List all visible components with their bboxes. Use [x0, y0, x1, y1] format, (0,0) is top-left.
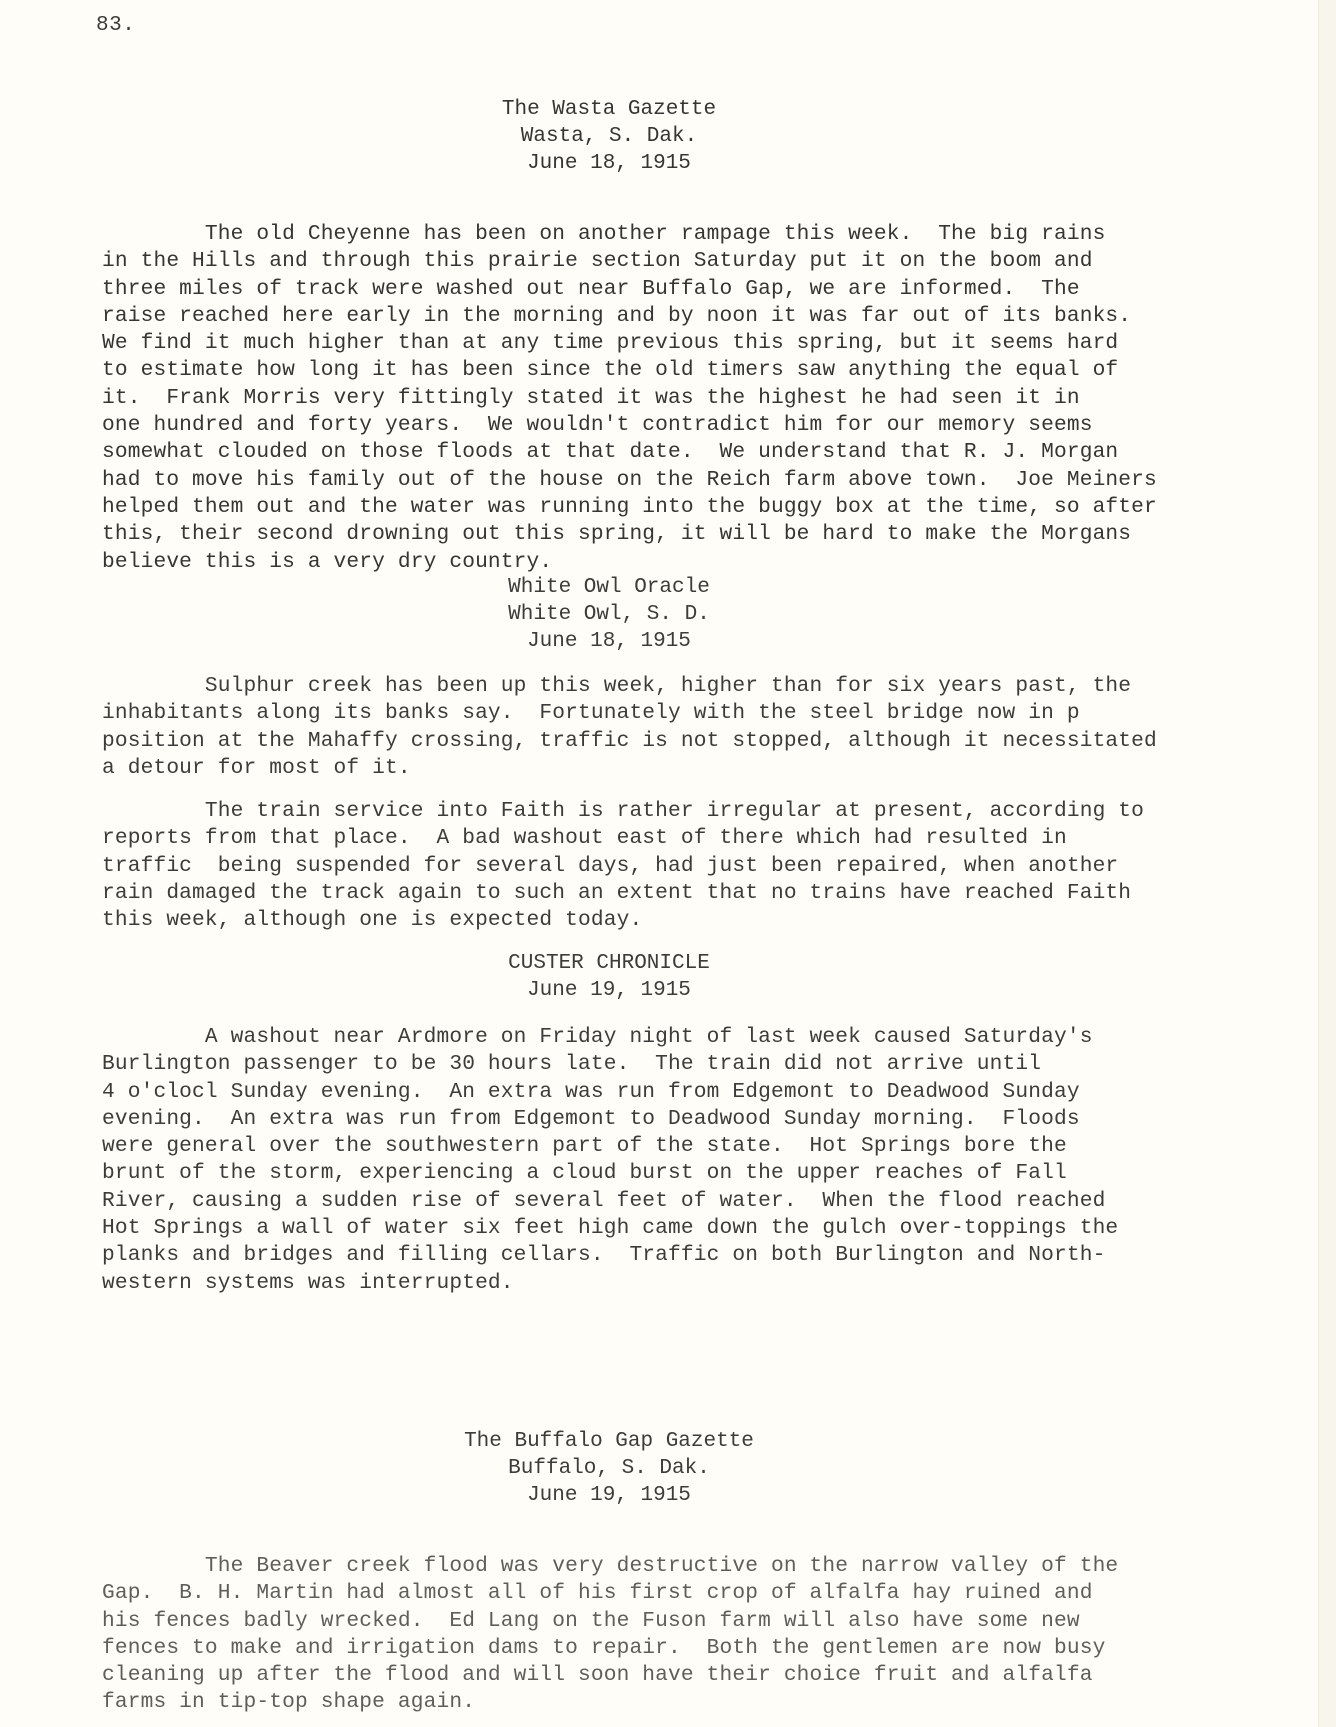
text-line: 4 o'clocl Sunday evening. An extra was r… — [102, 1079, 1302, 1106]
text-line: The Beaver creek flood was very destruct… — [102, 1553, 1302, 1580]
masthead-custer-chronicle: CUSTER CHRONICLE June 19, 1915 — [0, 950, 1218, 1004]
text-line: helped them out and the water was runnin… — [102, 494, 1302, 521]
text-line: reports from that place. A bad washout e… — [102, 825, 1302, 852]
masthead-date: June 19, 1915 — [0, 977, 1218, 1004]
article-paragraph: The train service into Faith is rather i… — [102, 798, 1302, 934]
text-line: A washout near Ardmore on Friday night o… — [102, 1024, 1302, 1051]
text-line: The train service into Faith is rather i… — [102, 798, 1302, 825]
page-number: 83. — [96, 14, 135, 37]
masthead-location: Buffalo, S. Dak. — [0, 1455, 1218, 1482]
masthead-date: June 18, 1915 — [0, 150, 1218, 177]
masthead-title: The Buffalo Gap Gazette — [0, 1428, 1218, 1455]
text-line: had to move his family out of the house … — [102, 467, 1302, 494]
text-line: to estimate how long it has been since t… — [102, 357, 1302, 384]
text-line: somewhat clouded on those floods at that… — [102, 439, 1302, 466]
masthead-wasta-gazette: The Wasta Gazette Wasta, S. Dak. June 18… — [0, 96, 1218, 177]
masthead-title: The Wasta Gazette — [0, 96, 1218, 123]
text-line: River, causing a sudden rise of several … — [102, 1188, 1302, 1215]
text-line: Gap. B. H. Martin had almost all of his … — [102, 1580, 1302, 1607]
text-line: We find it much higher than at any time … — [102, 330, 1302, 357]
text-line: cleaning up after the flood and will soo… — [102, 1662, 1302, 1689]
text-line: traffic being suspended for several days… — [102, 853, 1302, 880]
text-line: raise reached here early in the morning … — [102, 303, 1302, 330]
text-line: planks and bridges and filling cellars. … — [102, 1242, 1302, 1269]
masthead-date: June 18, 1915 — [0, 628, 1218, 655]
masthead-location: Wasta, S. Dak. — [0, 123, 1218, 150]
text-line: this week, although one is expected toda… — [102, 907, 1302, 934]
masthead-location: White Owl, S. D. — [0, 601, 1218, 628]
masthead-date: June 19, 1915 — [0, 1482, 1218, 1509]
text-line: Hot Springs a wall of water six feet hig… — [102, 1215, 1302, 1242]
text-line: three miles of track were washed out nea… — [102, 276, 1302, 303]
text-line: farms in tip-top shape again. — [102, 1689, 1302, 1716]
text-line: brunt of the storm, experiencing a cloud… — [102, 1160, 1302, 1187]
text-line: one hundred and forty years. We wouldn't… — [102, 412, 1302, 439]
masthead-white-owl-oracle: White Owl Oracle White Owl, S. D. June 1… — [0, 574, 1218, 655]
text-line: position at the Mahaffy crossing, traffi… — [102, 728, 1302, 755]
masthead-buffalo-gap-gazette: The Buffalo Gap Gazette Buffalo, S. Dak.… — [0, 1428, 1218, 1509]
text-line: evening. An extra was run from Edgemont … — [102, 1106, 1302, 1133]
text-line: believe this is a very dry country. — [102, 549, 1302, 576]
article-paragraph: The Beaver creek flood was very destruct… — [102, 1553, 1302, 1717]
article-paragraph: A washout near Ardmore on Friday night o… — [102, 1024, 1302, 1297]
text-line: in the Hills and through this prairie se… — [102, 248, 1302, 275]
text-line: this, their second drowning out this spr… — [102, 521, 1302, 548]
masthead-title: White Owl Oracle — [0, 574, 1218, 601]
text-line: inhabitants along its banks say. Fortuna… — [102, 700, 1302, 727]
text-line: a detour for most of it. — [102, 755, 1302, 782]
text-line: it. Frank Morris very fittingly stated i… — [102, 385, 1302, 412]
article-paragraph: The old Cheyenne has been on another ram… — [102, 221, 1302, 576]
text-line: fences to make and irrigation dams to re… — [102, 1635, 1302, 1662]
text-line: were general over the southwestern part … — [102, 1133, 1302, 1160]
text-line: western systems was interrupted. — [102, 1270, 1302, 1297]
article-paragraph: Sulphur creek has been up this week, hig… — [102, 673, 1302, 782]
text-line: Burlington passenger to be 30 hours late… — [102, 1051, 1302, 1078]
masthead-title: CUSTER CHRONICLE — [0, 950, 1218, 977]
text-line: Sulphur creek has been up this week, hig… — [102, 673, 1302, 700]
text-line: The old Cheyenne has been on another ram… — [102, 221, 1302, 248]
page-edge — [1318, 0, 1336, 1727]
text-line: his fences badly wrecked. Ed Lang on the… — [102, 1608, 1302, 1635]
text-line: rain damaged the track again to such an … — [102, 880, 1302, 907]
